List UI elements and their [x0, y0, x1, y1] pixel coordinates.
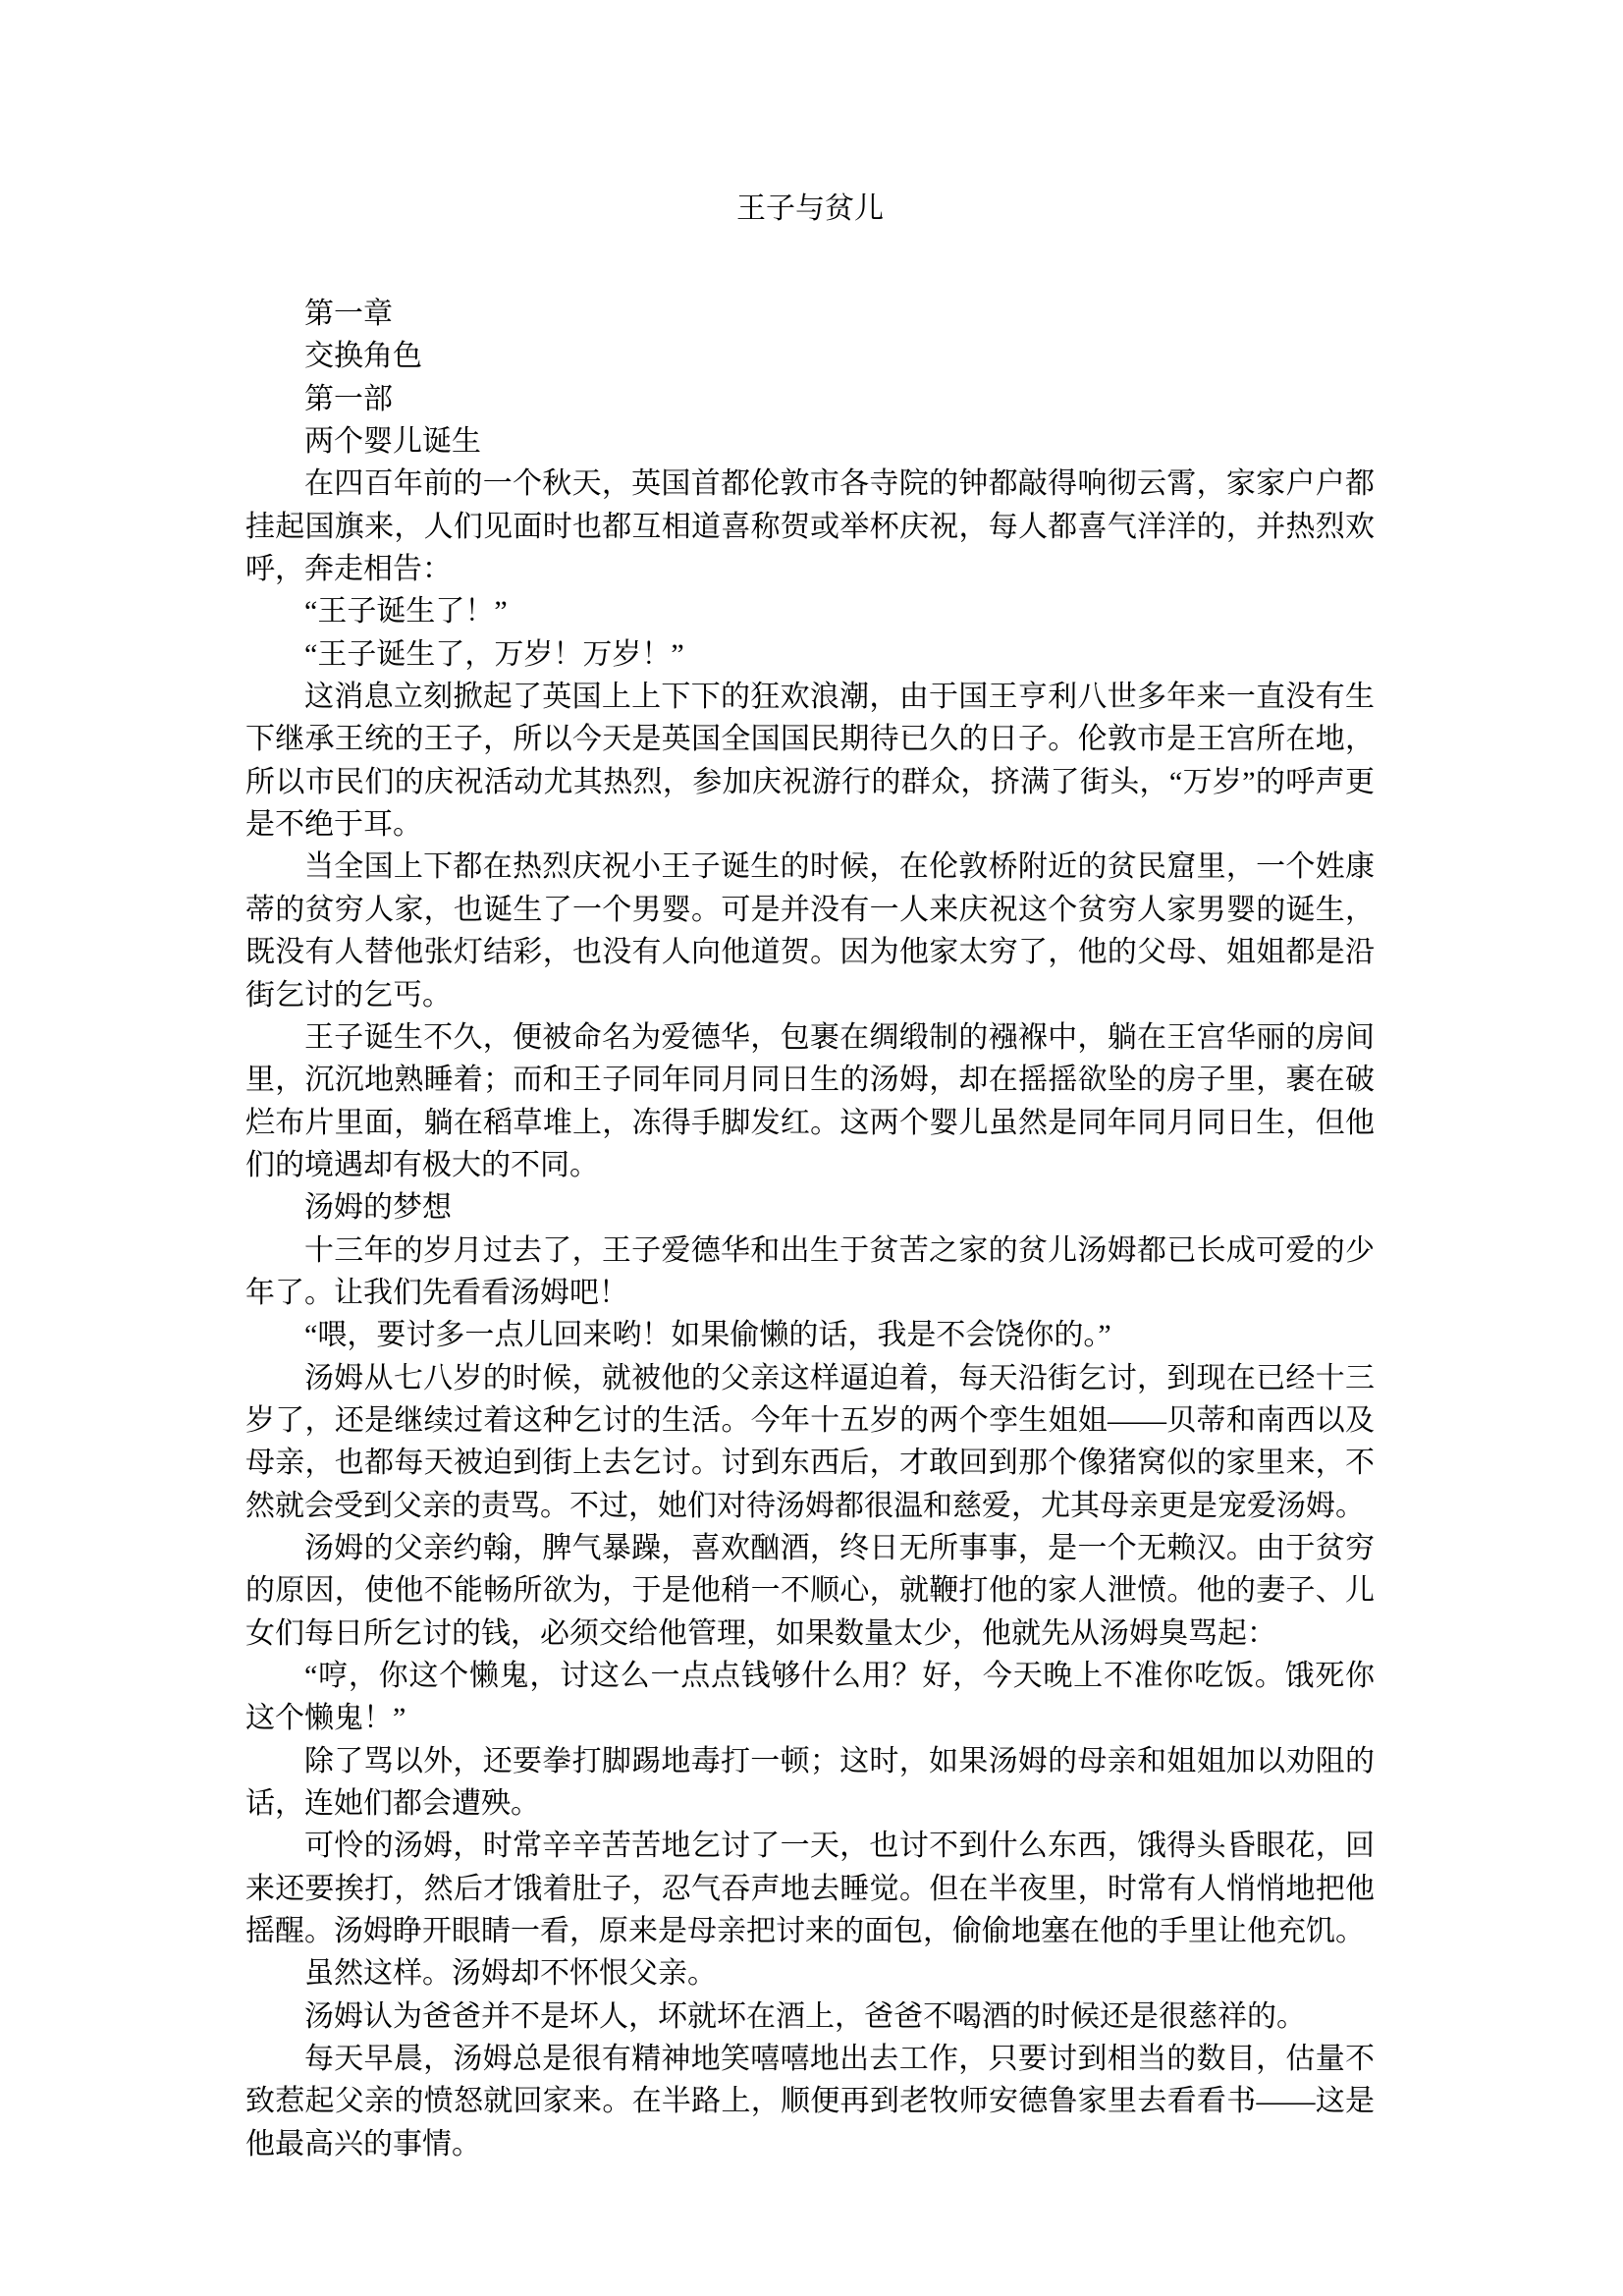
- paragraph: 汤姆从七八岁的时候，就被他的父亲这样逼迫着，每天沿街乞讨，到现在已经十三岁了，还…: [245, 1357, 1375, 1527]
- paragraph: 在四百年前的一个秋天，英国首都伦敦市各寺院的钟都敲得响彻云霄，家家户户都挂起国旗…: [245, 463, 1375, 590]
- paragraph: 虽然这样。汤姆却不怀恨父亲。: [245, 1952, 1375, 1995]
- chapter-number: 第一章: [245, 293, 1375, 335]
- dialogue-line: “王子诞生了，万岁！万岁！”: [245, 633, 1375, 676]
- part-number: 第一部: [245, 378, 1375, 420]
- document-page: 王子与贫儿 第一章 交换角色 第一部 两个婴儿诞生 在四百年前的一个秋天，英国首…: [0, 0, 1623, 2296]
- chapter-title: 交换角色: [245, 335, 1375, 377]
- dialogue-line: “哼，你这个懒鬼，讨这么一点点钱够什么用？好，今天晚上不准你吃饭。饿死你这个懒鬼…: [245, 1655, 1375, 1740]
- paragraph: 可怜的汤姆，时常辛辛苦苦地乞讨了一天，也讨不到什么东西，饿得头昏眼花，回来还要挨…: [245, 1825, 1375, 1952]
- dialogue-line: “王子诞生了！”: [245, 590, 1375, 632]
- document-title: 王子与贫儿: [245, 188, 1375, 230]
- paragraph: 汤姆认为爸爸并不是坏人，坏就坏在酒上，爸爸不喝酒的时候还是很慈祥的。: [245, 1995, 1375, 2038]
- document-body: 王子与贫儿 第一章 交换角色 第一部 两个婴儿诞生 在四百年前的一个秋天，英国首…: [0, 0, 1623, 2165]
- section-title-two-babies: 两个婴儿诞生: [245, 420, 1375, 463]
- section-title-toms-dream: 汤姆的梦想: [245, 1186, 1375, 1229]
- paragraph: 王子诞生不久，便被命名为爱德华，包裹在绸缎制的襁褓中，躺在王宫华丽的房间里，沉沉…: [245, 1016, 1375, 1186]
- paragraph: 十三年的岁月过去了，王子爱德华和出生于贫苦之家的贫儿汤姆都已长成可爱的少年了。让…: [245, 1230, 1375, 1315]
- paragraph: 除了骂以外，还要拳打脚踢地毒打一顿；这时，如果汤姆的母亲和姐姐加以劝阻的话，连她…: [245, 1740, 1375, 1826]
- paragraph: 每天早晨，汤姆总是很有精神地笑嘻嘻地出去工作，只要讨到相当的数目，估量不致惹起父…: [245, 2038, 1375, 2165]
- paragraph: 当全国上下都在热烈庆祝小王子诞生的时候，在伦敦桥附近的贫民窟里，一个姓康蒂的贫穷…: [245, 846, 1375, 1015]
- paragraph: 汤姆的父亲约翰，脾气暴躁，喜欢酗酒，终日无所事事，是一个无赖汉。由于贫穷的原因，…: [245, 1527, 1375, 1655]
- paragraph: 这消息立刻掀起了英国上上下下的狂欢浪潮，由于国王亨利八世多年来一直没有生下继承王…: [245, 676, 1375, 846]
- dialogue-line: “喂，要讨多一点儿回来哟！如果偷懒的话，我是不会饶你的。”: [245, 1314, 1375, 1356]
